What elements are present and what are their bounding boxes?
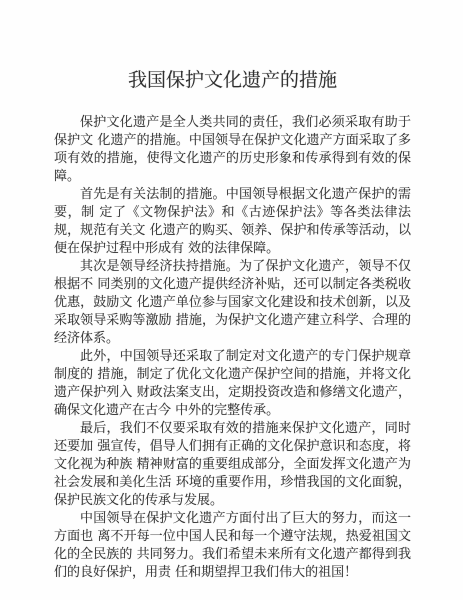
paragraph: 此外，中国领导还采取了制定对文化遗产的专门保护规章制度的 措施，制定了优化文化遗… [54,348,411,420]
paragraph: 最后，我们不仅要采取有效的措施来保护文化遗产，同时还要加 强宣传，倡导人们拥有正… [54,420,411,510]
page-title: 我国保护文化遗产的措施 [54,66,411,94]
paragraph: 保护文化遗产是全人类共同的责任，我们必须采取有助于保护文 化遗产的措施。中国领导… [54,114,411,186]
document-content: 我国保护文化遗产的措施 保护文化遗产是全人类共同的责任，我们必须采取有助于保护文… [0,0,463,582]
paragraph: 首先是有关法制的措施。中国领导根据文化遗产保护的需要，制 定了《文物保护法》和《… [54,186,411,258]
paragraph: 其次是领导经济扶持措施。为了保护文化遗产，领导不仅根据不 同类别的文化遗产提供经… [54,258,411,348]
paragraph: 中国领导在保护文化遗产方面付出了巨大的努力，而这一方面也 离不开每一位中国人民和… [54,510,411,582]
document-body: 保护文化遗产是全人类共同的责任，我们必须采取有助于保护文 化遗产的措施。中国领导… [54,114,411,582]
document-page: 我国保护文化遗产的措施 保护文化遗产是全人类共同的责任，我们必须采取有助于保护文… [0,0,463,600]
